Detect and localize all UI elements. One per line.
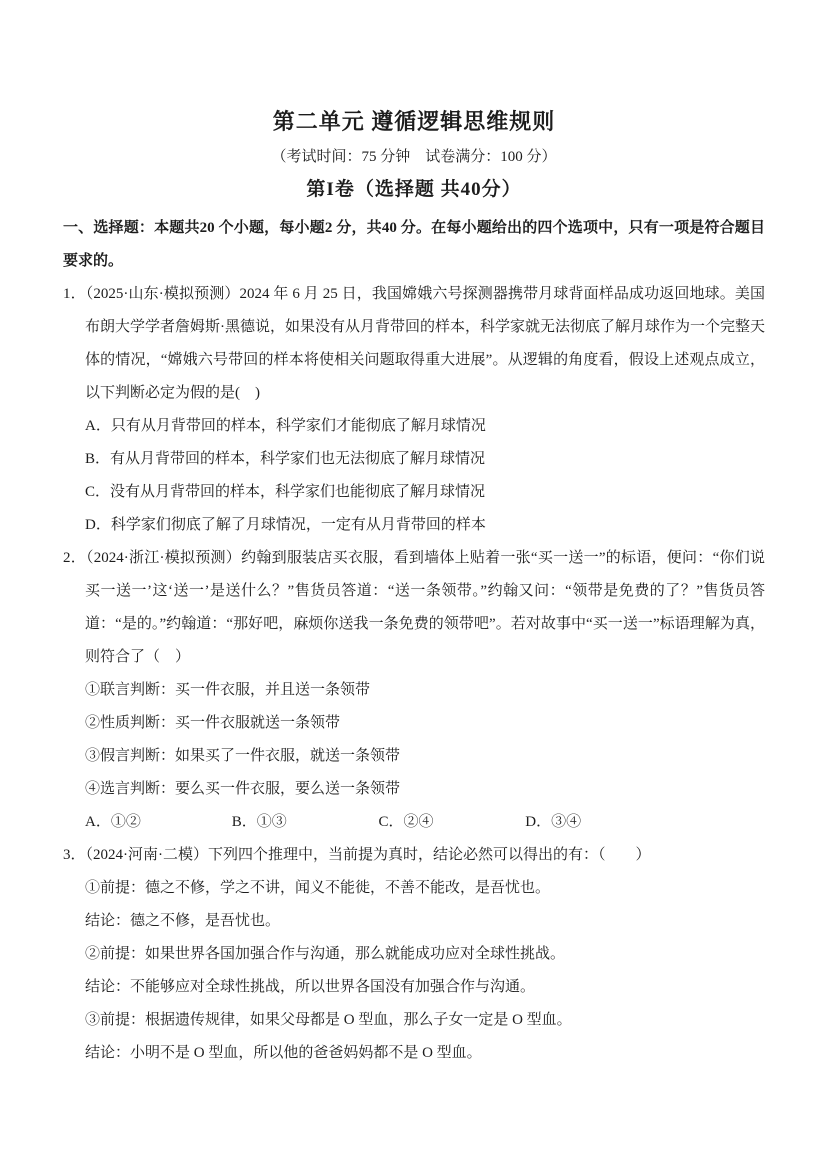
question-1-option-b: B．有从月背带回的样本，科学家们也无法彻底了解月球情况 [85,443,765,476]
question-2-number: 2． [63,550,86,566]
question-1-text: （2025·山东·模拟预测）2024 年 6 月 25 日，我国嫦娥六号探测器携… [85,286,765,401]
question-2-item-3: ③假言判断：如果买了一件衣服，就送一条领带 [85,740,765,773]
question-3-text: （2024·河南·二模）下列四个推理中，当前提为真时，结论必然可以得出的有：（ … [86,847,651,863]
question-3-conclusion-3: 结论：小明不是 O 型血，所以他的爸爸妈妈都不是 O 型血。 [85,1037,765,1070]
question-3-stem: 3．（2024·河南·二模）下列四个推理中，当前提为真时，结论必然可以得出的有：… [63,839,765,872]
question-1-option-d: D．科学家们彻底了解了月球情况，一定有从月背带回的样本 [85,509,765,542]
question-2-choice-d: D．③④ [525,806,581,839]
question-2: 2．（2024·浙江·模拟预测）约翰到服装店买衣服，看到墙体上贴着一张“买一送一… [63,542,765,839]
question-3-conclusion-2: 结论：不能够应对全球性挑战，所以世界各国没有加强合作与沟通。 [85,971,765,1004]
question-2-item-1: ①联言判断：买一件衣服，并且送一条领带 [85,674,765,707]
section-heading: 一、选择题：本题共20 个小题，每小题2 分，共40 分。在每小题给出的四个选项… [63,212,765,278]
exam-paper-page: 第二单元 遵循逻辑思维规则 （考试时间：75 分钟 试卷满分：100 分） 第I… [0,0,827,1169]
exam-info: （考试时间：75 分钟 试卷满分：100 分） [63,142,765,172]
question-2-text: （2024·浙江·模拟预测）约翰到服装店买衣服，看到墙体上贴着一张“买一送一”的… [85,550,765,665]
question-2-choices: A．①② B．①③ C．②④ D．③④ [85,806,765,839]
question-3: 3．（2024·河南·二模）下列四个推理中，当前提为真时，结论必然可以得出的有：… [63,839,765,1070]
question-2-choice-c: C．②④ [379,806,522,839]
question-2-choice-b: B．①③ [232,806,375,839]
page-title: 第二单元 遵循逻辑思维规则 [63,106,765,138]
question-3-number: 3． [63,847,86,863]
question-1-option-c: C．没有从月背带回的样本，科学家们也能彻底了解月球情况 [85,476,765,509]
question-3-premise-3: ③前提：根据遗传规律，如果父母都是 O 型血，那么子女一定是 O 型血。 [85,1004,765,1037]
question-3-conclusion-1: 结论：德之不修，是吾忧也。 [85,905,765,938]
question-2-choice-a: A．①② [85,806,228,839]
volume-title: 第I卷（选择题 共40分） [63,174,765,206]
question-2-item-2: ②性质判断：买一件衣服就送一条领带 [85,707,765,740]
exam-body: 一、选择题：本题共20 个小题，每小题2 分，共40 分。在每小题给出的四个选项… [63,212,765,1070]
question-1-stem: 1．（2025·山东·模拟预测）2024 年 6 月 25 日，我国嫦娥六号探测… [63,278,765,410]
question-2-item-4: ④选言判断：要么买一件衣服，要么送一条领带 [85,773,765,806]
question-1-option-a: A．只有从月背带回的样本，科学家们才能彻底了解月球情况 [85,410,765,443]
question-1-number: 1． [63,286,86,302]
question-1: 1．（2025·山东·模拟预测）2024 年 6 月 25 日，我国嫦娥六号探测… [63,278,765,542]
question-3-premise-2: ②前提：如果世界各国加强合作与沟通，那么就能成功应对全球性挑战。 [85,938,765,971]
question-2-stem: 2．（2024·浙江·模拟预测）约翰到服装店买衣服，看到墙体上贴着一张“买一送一… [63,542,765,674]
question-3-premise-1: ①前提：德之不修，学之不讲，闻义不能徙，不善不能改，是吾忧也。 [85,872,765,905]
